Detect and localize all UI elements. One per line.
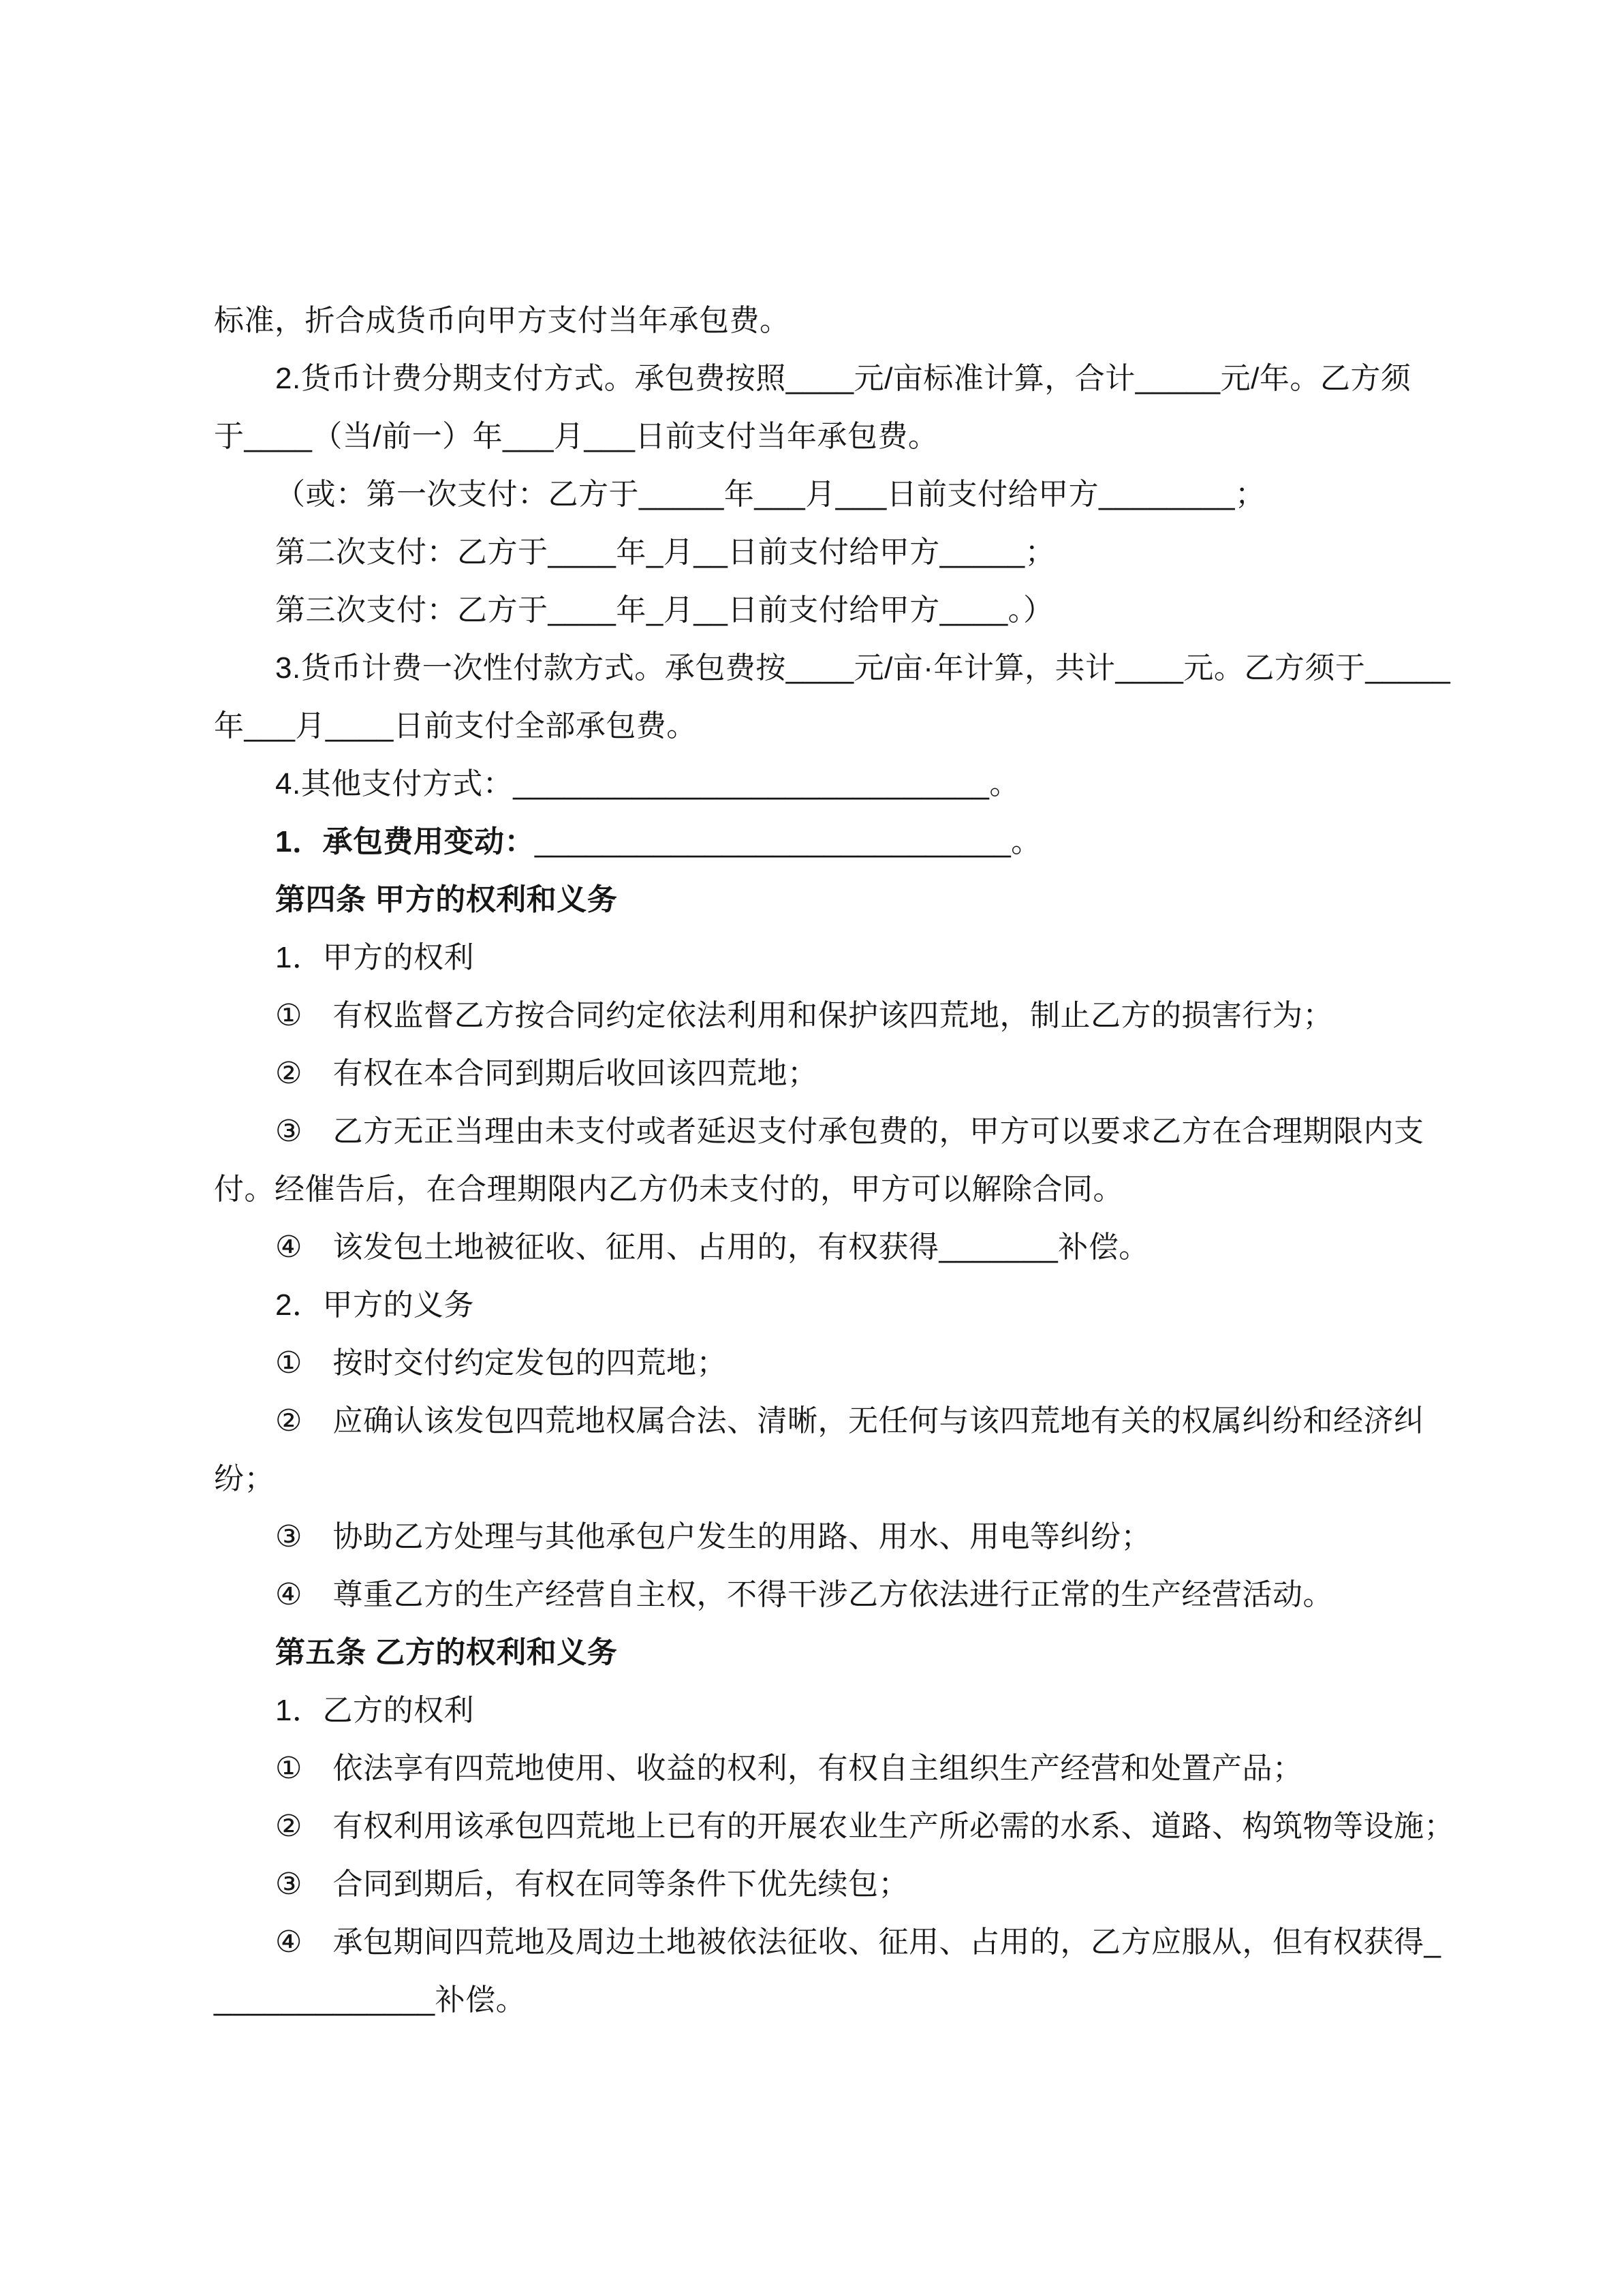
text-line-second-payment: 第二次支付：乙方于____年_月__日前支付给甲方_____；	[214, 523, 1440, 581]
list-item: ③ 乙方无正当理由未支付或者延迟支付承包费的，甲方可以要求乙方在合理期限内支	[214, 1102, 1440, 1160]
section-title-party-a-obligations: 2．甲方的义务	[214, 1276, 1440, 1334]
list-item: ④ 承包期间四荒地及周边土地被依法征收、征用、占用的，乙方应服从，但有权获得_	[214, 1913, 1440, 1971]
text-line-installment-payment: 2.货币计费分期支付方式。承包费按照____元/亩标准计算，合计_____元/年…	[214, 350, 1440, 407]
list-item: ② 应确认该发包四荒地权属合法、清晰，无任何与该四荒地有关的权属纠纷和经济纠	[214, 1392, 1440, 1450]
text-line: _____________补偿。	[214, 1971, 1440, 2029]
list-item: ② 有权在本合同到期后收回该四荒地；	[214, 1044, 1440, 1102]
text-line-third-payment: 第三次支付：乙方于____年_月__日前支付给甲方____。）	[214, 581, 1440, 639]
article-5-heading: 第五条 乙方的权利和义务	[214, 1624, 1440, 1681]
list-item: ④ 该发包土地被征收、征用、占用的，有权获得_______补偿。	[214, 1218, 1440, 1276]
text-line-lump-sum-payment: 3.货币计费一次性付款方式。承包费按____元/亩·年计算，共计____元。乙方…	[214, 639, 1440, 697]
list-item: ① 依法享有四荒地使用、收益的权利，有权自主组织生产经营和处置产品；	[214, 1739, 1440, 1797]
text-line: 年___月____日前支付全部承包费。	[214, 697, 1440, 755]
fee-change-label: 1．承包费用变动：	[275, 825, 535, 858]
text-line: 标准，折合成货币向甲方支付当年承包费。	[214, 292, 1440, 350]
section-title-party-b-rights: 1．乙方的权利	[214, 1681, 1440, 1739]
fee-change-line: 1．承包费用变动：____________________________。	[214, 813, 1440, 871]
list-item: ④ 尊重乙方的生产经营自主权，不得干涉乙方依法进行正常的生产经营活动。	[214, 1566, 1440, 1624]
text-line-other-payment: 4.其他支付方式：____________________________。	[214, 755, 1440, 813]
text-line: 纷；	[214, 1450, 1440, 1508]
list-item: ① 有权监督乙方按合同约定依法利用和保护该四荒地，制止乙方的损害行为；	[214, 987, 1440, 1044]
document-page: 标准，折合成货币向甲方支付当年承包费。 2.货币计费分期支付方式。承包费按照__…	[0, 0, 1624, 2294]
list-item: ③ 协助乙方处理与其他承包户发生的用路、用水、用电等纠纷；	[214, 1508, 1440, 1566]
text-line: 于____（当/前一）年___月___日前支付当年承包费。	[214, 407, 1440, 465]
text-line: 付。经催告后，在合理期限内乙方仍未支付的，甲方可以解除合同。	[214, 1160, 1440, 1218]
list-item: ③ 合同到期后，有权在同等条件下优先续包；	[214, 1855, 1440, 1913]
article-4-heading: 第四条 甲方的权利和义务	[214, 871, 1440, 929]
list-item: ② 有权利用该承包四荒地上已有的开展农业生产所必需的水系、道路、构筑物等设施；	[214, 1797, 1440, 1855]
fee-change-blank: ____________________________。	[535, 825, 1042, 858]
list-item: ① 按时交付约定发包的四荒地；	[214, 1334, 1440, 1392]
section-title-party-a-rights: 1．甲方的权利	[214, 929, 1440, 987]
text-line-first-payment: （或：第一次支付：乙方于_____年___月___日前支付给甲方________…	[214, 465, 1440, 523]
document-content: 标准，折合成货币向甲方支付当年承包费。 2.货币计费分期支付方式。承包费按照__…	[214, 292, 1440, 2029]
